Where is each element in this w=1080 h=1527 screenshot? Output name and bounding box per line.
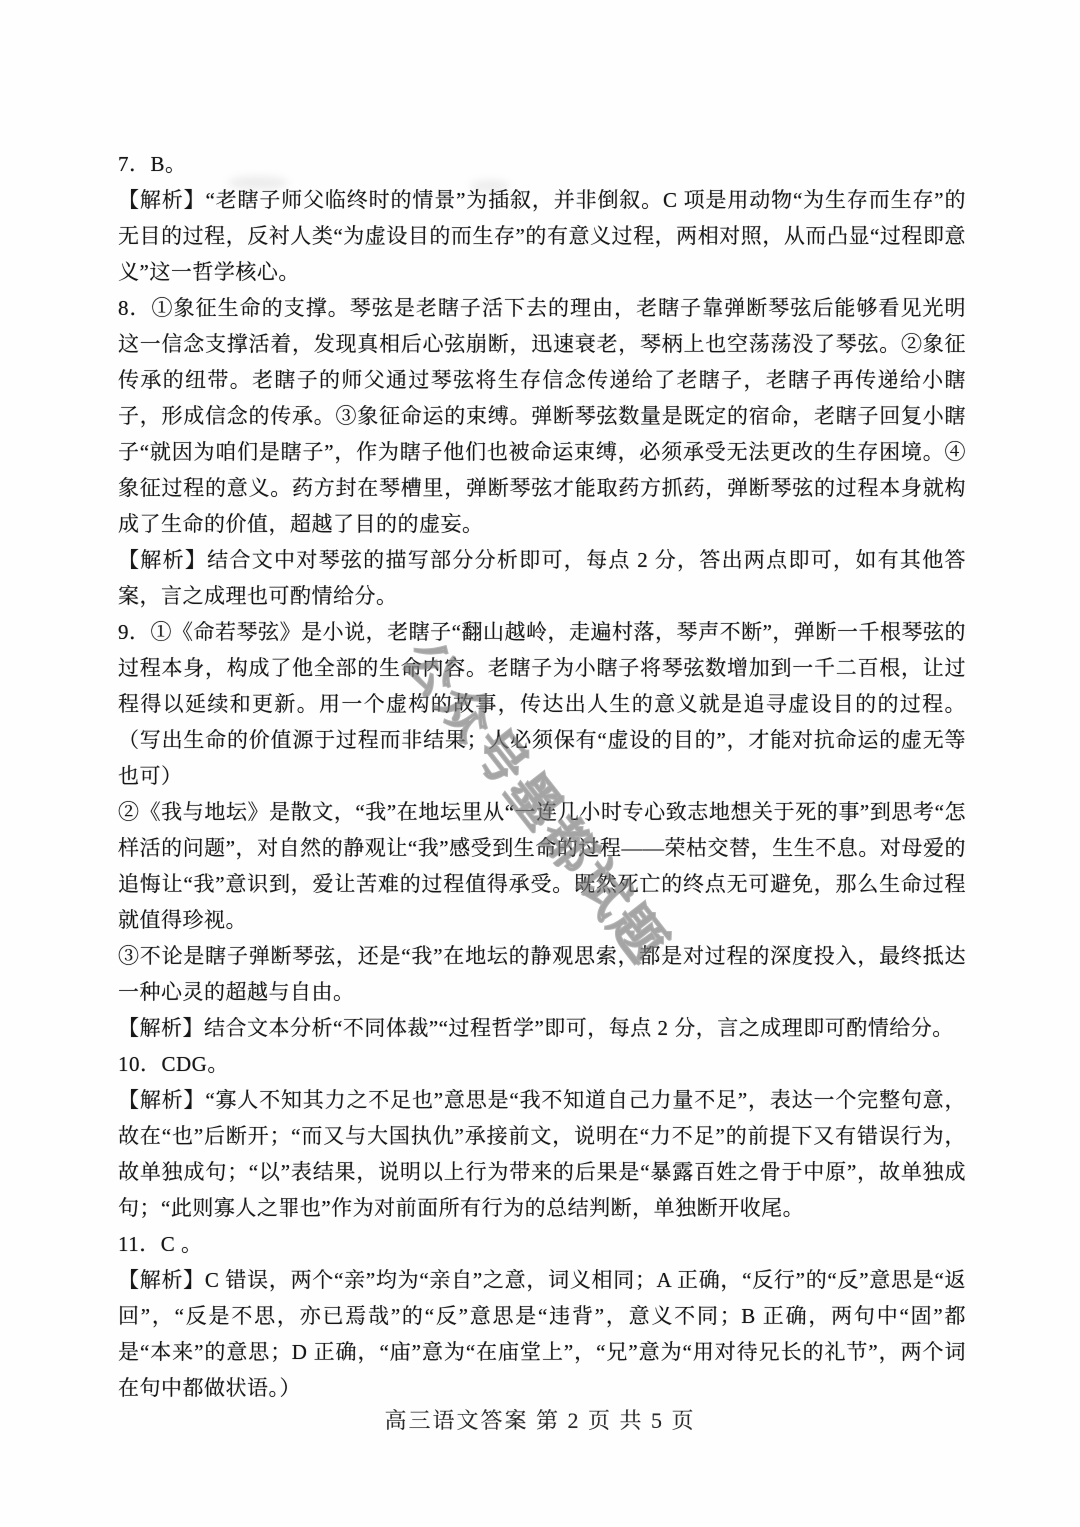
analysis-q10: 【解析】“寡人不知其力之不足也”意思是“我不知道自己力量不足”，表达一个完整句意… [118, 1082, 966, 1226]
analysis-q7: 【解析】“老瞎子师父临终时的情景”为插叙，并非倒叙。C 项是用动物“为生存而生存… [118, 182, 966, 290]
analysis-q11: 【解析】C 错误，两个“亲”均为“亲自”之意，词义相同；A 正确，“反行”的“反… [118, 1262, 966, 1406]
answer-line-q11: 11．C 。 [118, 1226, 966, 1262]
answer-q9-point1: 9．①《命若琴弦》是小说，老瞎子“翻山越岭，走遍村落，琴声不断”，弹断一千根琴弦… [118, 614, 966, 794]
answer-sheet-page: 公众号墨都试题 7．B。 【解析】“老瞎子师父临终时的情景”为插叙，并非倒叙。C… [0, 0, 1080, 1527]
answer-content: 7．B。 【解析】“老瞎子师父临终时的情景”为插叙，并非倒叙。C 项是用动物“为… [118, 146, 966, 1406]
answer-q8: 8．①象征生命的支撑。琴弦是老瞎子活下去的理由，老瞎子靠弹断琴弦后能够看见光明这… [118, 290, 966, 542]
analysis-q8: 【解析】结合文中对琴弦的描写部分分析即可，每点 2 分，答出两点即可，如有其他答… [118, 542, 966, 614]
page-footer: 高三语文答案 第 2 页 共 5 页 [0, 1404, 1080, 1435]
answer-line-q7: 7．B。 [118, 146, 966, 182]
answer-q9-point3: ③不论是瞎子弹断琴弦，还是“我”在地坛的静观思索，都是对过程的深度投入，最终抵达… [118, 938, 966, 1010]
answer-line-q10: 10．CDG。 [118, 1046, 966, 1082]
analysis-q9: 【解析】结合文本分析“不同体裁”“过程哲学”即可，每点 2 分，言之成理即可酌情… [118, 1010, 966, 1046]
answer-q9-point2: ②《我与地坛》是散文，“我”在地坛里从“一连几小时专心致志地想关于死的事”到思考… [118, 794, 966, 938]
